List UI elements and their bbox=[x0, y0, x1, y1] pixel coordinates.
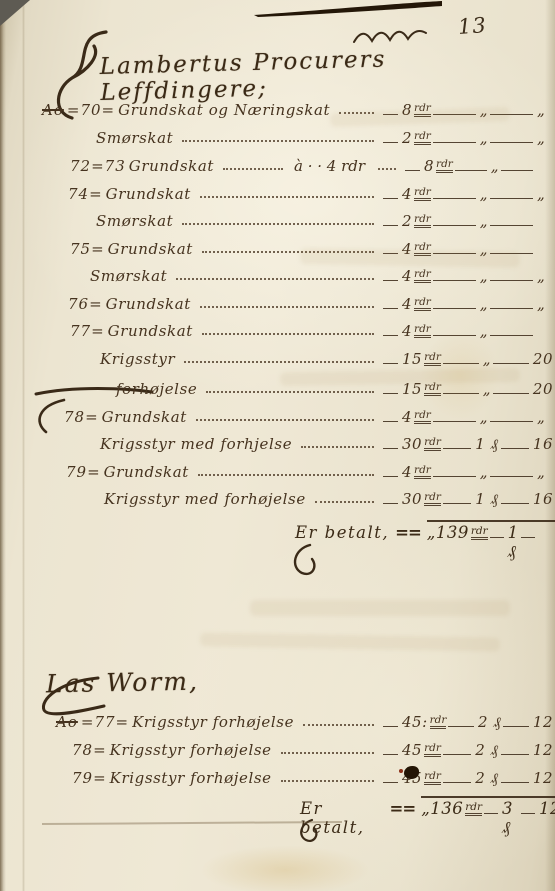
dash-rule bbox=[433, 198, 476, 199]
mark-value: „ bbox=[480, 266, 488, 286]
skilling-value: 16 bbox=[533, 489, 553, 509]
entry-note: à · · 4 rdr bbox=[294, 156, 365, 176]
entry-year: 79= bbox=[72, 768, 107, 788]
entry-year: 75= bbox=[70, 239, 105, 259]
skilling-value: „ bbox=[537, 407, 553, 427]
dash-rule bbox=[383, 448, 398, 449]
ledger-row: 72=73 Grundskat à · · 4 rdr 8 rdr „ bbox=[38, 156, 555, 177]
skilling-value: 12 bbox=[533, 712, 553, 732]
entry-year: 79= bbox=[66, 462, 101, 482]
ink-stroke bbox=[252, 1, 444, 17]
currency-unit: rdr bbox=[436, 159, 453, 173]
dash-rule bbox=[484, 813, 498, 814]
ledger-row: Krigsstyr med forhjelse 30 rdr 1 ₰ 16 bbox=[38, 434, 555, 455]
dash-rule bbox=[521, 537, 535, 538]
rdr-value: 4 bbox=[402, 462, 412, 482]
ledger-row: 74= Grundskat 4 rdr „ „ bbox=[38, 184, 555, 205]
entry-amount: 8 rdr „ bbox=[403, 156, 555, 177]
dash-rule bbox=[501, 170, 533, 171]
red-fleck bbox=[399, 769, 403, 773]
rdr-value: 4 bbox=[402, 294, 412, 314]
ledger-row: Smørskat 2 rdr „ bbox=[38, 211, 555, 232]
dash-rule bbox=[383, 503, 398, 504]
dash-rule bbox=[433, 476, 476, 477]
currency-unit: rdr bbox=[414, 214, 431, 228]
entry-label: Smørskat bbox=[96, 211, 173, 231]
total-amount: „136 rdr 3 ₰ 12 bbox=[421, 796, 555, 838]
dash-rule bbox=[490, 421, 533, 422]
bleed-through bbox=[200, 632, 500, 651]
page-number: 13 bbox=[457, 13, 487, 39]
entry-amount: 30 rdr 1 ₰ 16 bbox=[381, 434, 555, 455]
gutter-fold bbox=[22, 0, 25, 891]
dot-leader bbox=[200, 196, 374, 198]
dash-rule bbox=[501, 503, 529, 504]
skilling-value: „ bbox=[537, 294, 553, 314]
mark-value: 2 ₰ bbox=[475, 740, 498, 760]
ledger-row: 79= Krigsstyr forhøjelse 45 rdr 2 ₰ 12 bbox=[38, 768, 555, 789]
entry-year: 78= bbox=[72, 740, 107, 760]
rdr-value: 8 bbox=[424, 156, 434, 176]
dot-leader bbox=[315, 501, 374, 503]
dot-leader bbox=[200, 306, 374, 308]
entry-year: 76= bbox=[68, 294, 103, 314]
entry-label: Krigsstyr med forhøjelse bbox=[104, 489, 306, 509]
rdr-value: 4 bbox=[402, 266, 412, 286]
entry-year: 74= bbox=[68, 184, 103, 204]
paper-stain bbox=[200, 845, 370, 891]
dash-rule bbox=[383, 335, 398, 336]
equals-sign: == bbox=[395, 523, 421, 542]
mark-value: 2 ₰ bbox=[475, 768, 498, 788]
dot-leader bbox=[202, 333, 374, 335]
entry-year: Ao bbox=[42, 100, 64, 120]
entry-label: Grundskat bbox=[102, 407, 187, 427]
currency-unit: rdr bbox=[424, 492, 441, 506]
mark-value: „ bbox=[480, 462, 488, 482]
currency-unit: rdr bbox=[414, 297, 431, 311]
dash-rule bbox=[405, 170, 420, 171]
dot-leader bbox=[184, 361, 374, 363]
mark-value: „ bbox=[491, 156, 499, 176]
dash-rule bbox=[383, 198, 398, 199]
dot-leader bbox=[378, 168, 396, 170]
entry-year: 77= bbox=[70, 321, 105, 341]
entry-label: Grundskat bbox=[129, 156, 214, 176]
dash-rule bbox=[433, 142, 476, 143]
rdr-value: 30 bbox=[402, 489, 422, 509]
dash-rule bbox=[443, 754, 471, 755]
dash-rule bbox=[501, 782, 529, 783]
dash-rule bbox=[490, 225, 533, 226]
entry-year: Ao bbox=[56, 712, 78, 732]
mark-value: „ bbox=[480, 128, 488, 148]
dash-rule bbox=[433, 421, 476, 422]
currency-unit: rdr bbox=[414, 269, 431, 283]
rdr-value: 4 bbox=[402, 184, 412, 204]
dash-rule bbox=[383, 726, 398, 727]
dash-rule bbox=[490, 142, 533, 143]
dash-rule bbox=[448, 726, 474, 727]
entry-label: Grundskat bbox=[106, 184, 191, 204]
dash-rule bbox=[501, 754, 529, 755]
entry-amount: 4 rdr „ „ bbox=[381, 266, 555, 287]
dot-leader bbox=[281, 752, 374, 754]
dash-rule bbox=[383, 421, 398, 422]
entry-amount: 45: rdr 2 ₰ 12 bbox=[381, 712, 555, 733]
page-edge-left bbox=[0, 0, 6, 891]
dash-rule bbox=[503, 726, 529, 727]
dash-rule bbox=[383, 363, 398, 364]
skilling-value: 20 bbox=[533, 379, 553, 399]
ink-blot bbox=[404, 766, 419, 779]
dash-rule bbox=[383, 308, 398, 309]
skilling-value: „ bbox=[537, 184, 553, 204]
skilling-value: 12 bbox=[533, 740, 553, 760]
ledger-row: 79= Grundskat 4 rdr „ „ bbox=[38, 462, 555, 483]
mark-value: „ bbox=[480, 211, 488, 231]
dash-rule bbox=[383, 142, 398, 143]
dot-leader bbox=[198, 474, 374, 476]
dash-rule bbox=[383, 782, 398, 783]
rdr-value: „136 bbox=[421, 799, 463, 818]
entry-label: Smørskat bbox=[96, 128, 173, 148]
dot-leader bbox=[301, 446, 374, 448]
currency-unit: rdr bbox=[414, 187, 431, 201]
skilling-value: „ bbox=[537, 266, 553, 286]
dash-rule bbox=[521, 813, 535, 814]
currency-unit: rdr bbox=[414, 465, 431, 479]
entry-label: forhøjelse bbox=[116, 379, 197, 399]
mark-value: 3 ₰ bbox=[502, 799, 519, 838]
mark-value: 1 ₰ bbox=[508, 523, 519, 562]
rdr-value: „139 bbox=[427, 523, 469, 542]
skilling-value: 20 bbox=[533, 349, 553, 369]
entry-amount: 2 rdr „ „ bbox=[381, 128, 555, 149]
skilling-value: „ bbox=[537, 128, 553, 148]
section1-total: Er betalt, == „139 rdr 1 ₰ bbox=[295, 520, 555, 562]
skilling-value: 12 bbox=[533, 768, 553, 788]
entry-label: Grundskat bbox=[108, 239, 193, 259]
entry-amount: 4 rdr „ „ bbox=[381, 294, 555, 315]
currency-unit: rdr bbox=[430, 715, 447, 729]
dash-rule bbox=[443, 782, 471, 783]
paper-stain bbox=[420, 330, 500, 420]
rdr-value: 45: bbox=[402, 712, 428, 732]
dot-leader bbox=[176, 278, 374, 280]
dot-leader bbox=[206, 391, 374, 393]
mark-value: 2 ₰ bbox=[478, 712, 501, 732]
currency-unit: rdr bbox=[424, 743, 441, 757]
entry-label: Krigsstyr forhøjelse bbox=[132, 712, 294, 732]
dash-rule bbox=[490, 537, 504, 538]
currency-unit: rdr bbox=[414, 131, 431, 145]
mark-value: „ bbox=[480, 184, 488, 204]
entry-amount: 45 rdr 2 ₰ 12 bbox=[381, 740, 555, 761]
dash-rule bbox=[490, 198, 533, 199]
dot-leader bbox=[281, 780, 374, 782]
section1-heading: Lambertus Procurers Leffdingere; bbox=[99, 42, 555, 106]
entry-label: Grundskat bbox=[104, 462, 189, 482]
ledger-row: 78= Krigsstyr forhøjelse 45 rdr 2 ₰ 12 bbox=[38, 740, 555, 761]
dash-rule bbox=[383, 280, 398, 281]
mark-value: „ bbox=[480, 294, 488, 314]
rdr-value: 4 bbox=[402, 321, 412, 341]
dash-rule bbox=[383, 225, 398, 226]
dot-leader bbox=[223, 168, 283, 170]
entry-amount: 30 rdr 1 ₰ 16 bbox=[381, 489, 555, 510]
rdr-value: 45 bbox=[402, 740, 422, 760]
dot-leader bbox=[182, 223, 374, 225]
dash-rule bbox=[490, 476, 533, 477]
ledger-row: Krigsstyr med forhøjelse 30 rdr 1 ₰ 16 bbox=[38, 489, 555, 510]
dot-leader bbox=[182, 140, 374, 142]
dash-rule bbox=[443, 448, 471, 449]
entry-year: =77= bbox=[81, 712, 129, 732]
dash-rule bbox=[433, 308, 476, 309]
currency-unit: rdr bbox=[471, 526, 488, 540]
currency-unit: rdr bbox=[465, 802, 482, 816]
dash-rule bbox=[433, 280, 476, 281]
total-label: Er betalt, bbox=[295, 523, 389, 542]
entry-label: Grundskat bbox=[108, 321, 193, 341]
total-amount: „139 rdr 1 ₰ bbox=[427, 520, 555, 562]
currency-unit: rdr bbox=[424, 437, 441, 451]
section2-heading: Las Worm, bbox=[46, 667, 199, 699]
dash-rule bbox=[383, 754, 398, 755]
dot-leader bbox=[196, 419, 374, 421]
dash-rule bbox=[455, 170, 487, 171]
bleed-through bbox=[250, 600, 510, 616]
entry-label: Krigsstyr forhøjelse bbox=[110, 740, 272, 760]
entry-label: Krigsstyr med forhjelse bbox=[100, 434, 292, 454]
dot-leader bbox=[303, 724, 374, 726]
ledger-row: 76= Grundskat 4 rdr „ „ bbox=[38, 294, 555, 315]
photo-corner bbox=[0, 0, 30, 26]
rdr-value: 4 bbox=[402, 407, 412, 427]
ledger-row: Smørskat 4 rdr „ „ bbox=[38, 266, 555, 287]
entry-label: Grundskat og Næringskat bbox=[118, 100, 330, 120]
loop-flourish bbox=[288, 543, 322, 577]
ledger-row: Smørskat 2 rdr „ „ bbox=[38, 128, 555, 149]
dash-rule bbox=[383, 476, 398, 477]
heading-tail-flourish bbox=[352, 22, 432, 48]
skilling-value: „ bbox=[537, 462, 553, 482]
dash-rule bbox=[490, 280, 533, 281]
entry-amount: 4 rdr „ „ bbox=[381, 462, 555, 483]
skilling-value: 16 bbox=[533, 434, 553, 454]
ledger-row: Ao =77= Krigsstyr forhøjelse 45: rdr 2 ₰… bbox=[38, 712, 555, 733]
rdr-value: 2 bbox=[402, 211, 412, 231]
skilling-value: „ bbox=[537, 100, 553, 120]
entry-amount: 4 rdr „ „ bbox=[381, 184, 555, 205]
entry-year: 72=73 bbox=[70, 156, 126, 176]
mark-value: 1 ₰ bbox=[475, 434, 498, 454]
section2-total: Er betalt, == „136 rdr 3 ₰ 12 bbox=[300, 796, 555, 838]
entry-year: =70= bbox=[67, 100, 115, 120]
manuscript-page: 13 Lambertus Procurers Leffdingere; Ao =… bbox=[0, 0, 555, 891]
dash-rule bbox=[490, 308, 533, 309]
entry-label: Grundskat bbox=[106, 294, 191, 314]
entry-year: 78= bbox=[64, 407, 99, 427]
entry-label: Krigsstyr forhøjelse bbox=[110, 768, 272, 788]
dash-rule bbox=[501, 448, 529, 449]
rdr-value: 2 bbox=[402, 128, 412, 148]
dash-rule bbox=[383, 393, 398, 394]
dash-rule bbox=[433, 225, 476, 226]
mark-value: 1 ₰ bbox=[475, 489, 498, 509]
entry-label: Krigsstyr bbox=[100, 349, 175, 369]
bleed-through bbox=[300, 248, 520, 268]
skilling-value: 12 bbox=[539, 799, 555, 818]
equals-sign: == bbox=[390, 799, 416, 818]
entry-label: Smørskat bbox=[90, 266, 167, 286]
entry-amount: 2 rdr „ bbox=[381, 211, 555, 232]
rdr-value: 30 bbox=[402, 434, 422, 454]
dash-rule bbox=[443, 503, 471, 504]
currency-unit: rdr bbox=[424, 771, 441, 785]
